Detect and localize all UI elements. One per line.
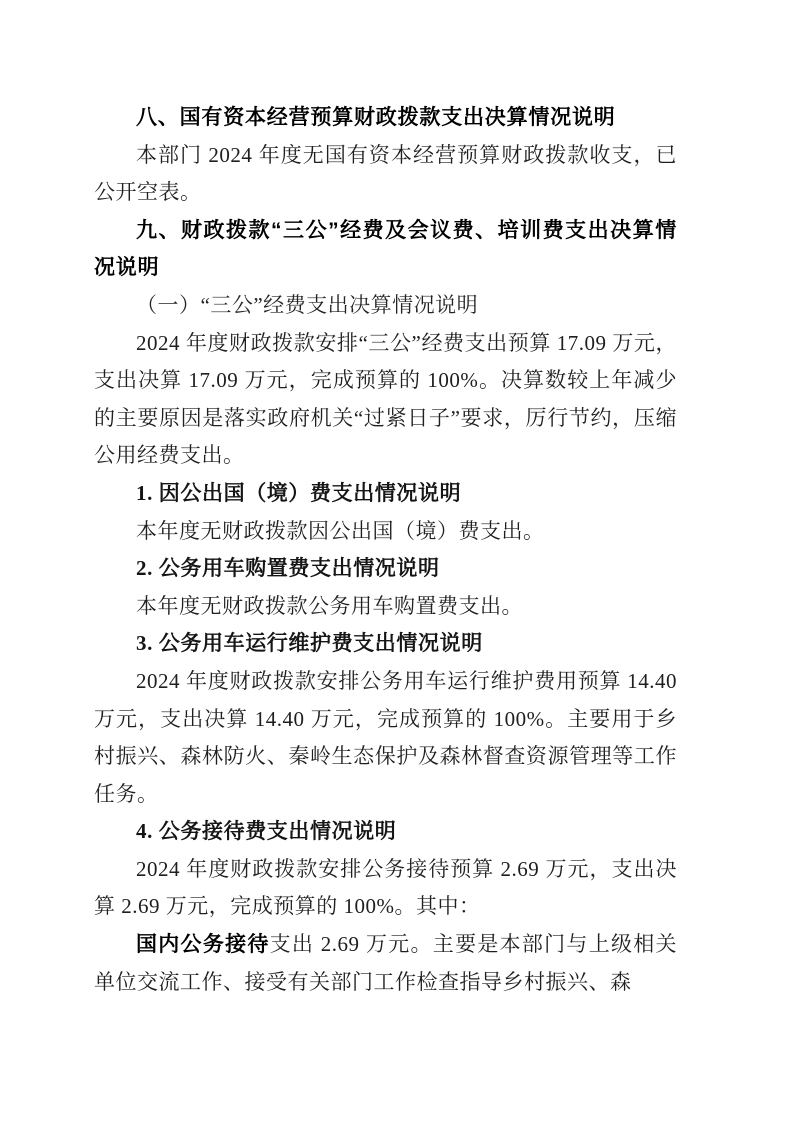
subsection-heading-three-public-decision: （一）“三公”经费支出决算情况说明 bbox=[94, 287, 677, 325]
domestic-reception-lead-label: 国内公务接待 bbox=[136, 933, 270, 956]
paragraph-state-capital-note: 本部门 2024 年度无国有资本经营预算财政拨款收支，已公开空表。 bbox=[94, 137, 677, 212]
paragraph-official-reception-summary: 2024 年度财政拨款安排公务接待预算 2.69 万元，支出决算 2.69 万元… bbox=[94, 851, 677, 926]
paragraph-vehicle-purchase-note: 本年度无财政拨款公务用车购置费支出。 bbox=[94, 588, 677, 626]
item-heading-vehicle-purchase: 2. 公务用车购置费支出情况说明 bbox=[94, 550, 677, 588]
document-page: 八、国有资本经营预算财政拨款支出决算情况说明 本部门 2024 年度无国有资本经… bbox=[0, 0, 793, 1122]
item-heading-official-reception: 4. 公务接待费支出情况说明 bbox=[94, 813, 677, 851]
paragraph-three-public-summary: 2024 年度财政拨款安排“三公”经费支出预算 17.09 万元，支出决算 17… bbox=[94, 325, 677, 475]
item-heading-overseas-travel: 1. 因公出国（境）费支出情况说明 bbox=[94, 475, 677, 513]
section-heading-three-public-funds: 九、财政拨款“三公”经费及会议费、培训费支出决算情况说明 bbox=[94, 212, 677, 287]
paragraph-domestic-reception-detail: 国内公务接待支出 2.69 万元。主要是本部门与上级相关单位交流工作、接受有关部… bbox=[94, 926, 677, 1001]
document-body: 八、国有资本经营预算财政拨款支出决算情况说明 本部门 2024 年度无国有资本经… bbox=[94, 99, 677, 1001]
paragraph-overseas-travel-note: 本年度无财政拨款因公出国（境）费支出。 bbox=[94, 513, 677, 551]
section-heading-state-capital: 八、国有资本经营预算财政拨款支出决算情况说明 bbox=[94, 99, 677, 137]
paragraph-vehicle-maintenance-detail: 2024 年度财政拨款安排公务用车运行维护费用预算 14.40 万元，支出决算 … bbox=[94, 663, 677, 813]
item-heading-vehicle-maintenance: 3. 公务用车运行维护费支出情况说明 bbox=[94, 625, 677, 663]
